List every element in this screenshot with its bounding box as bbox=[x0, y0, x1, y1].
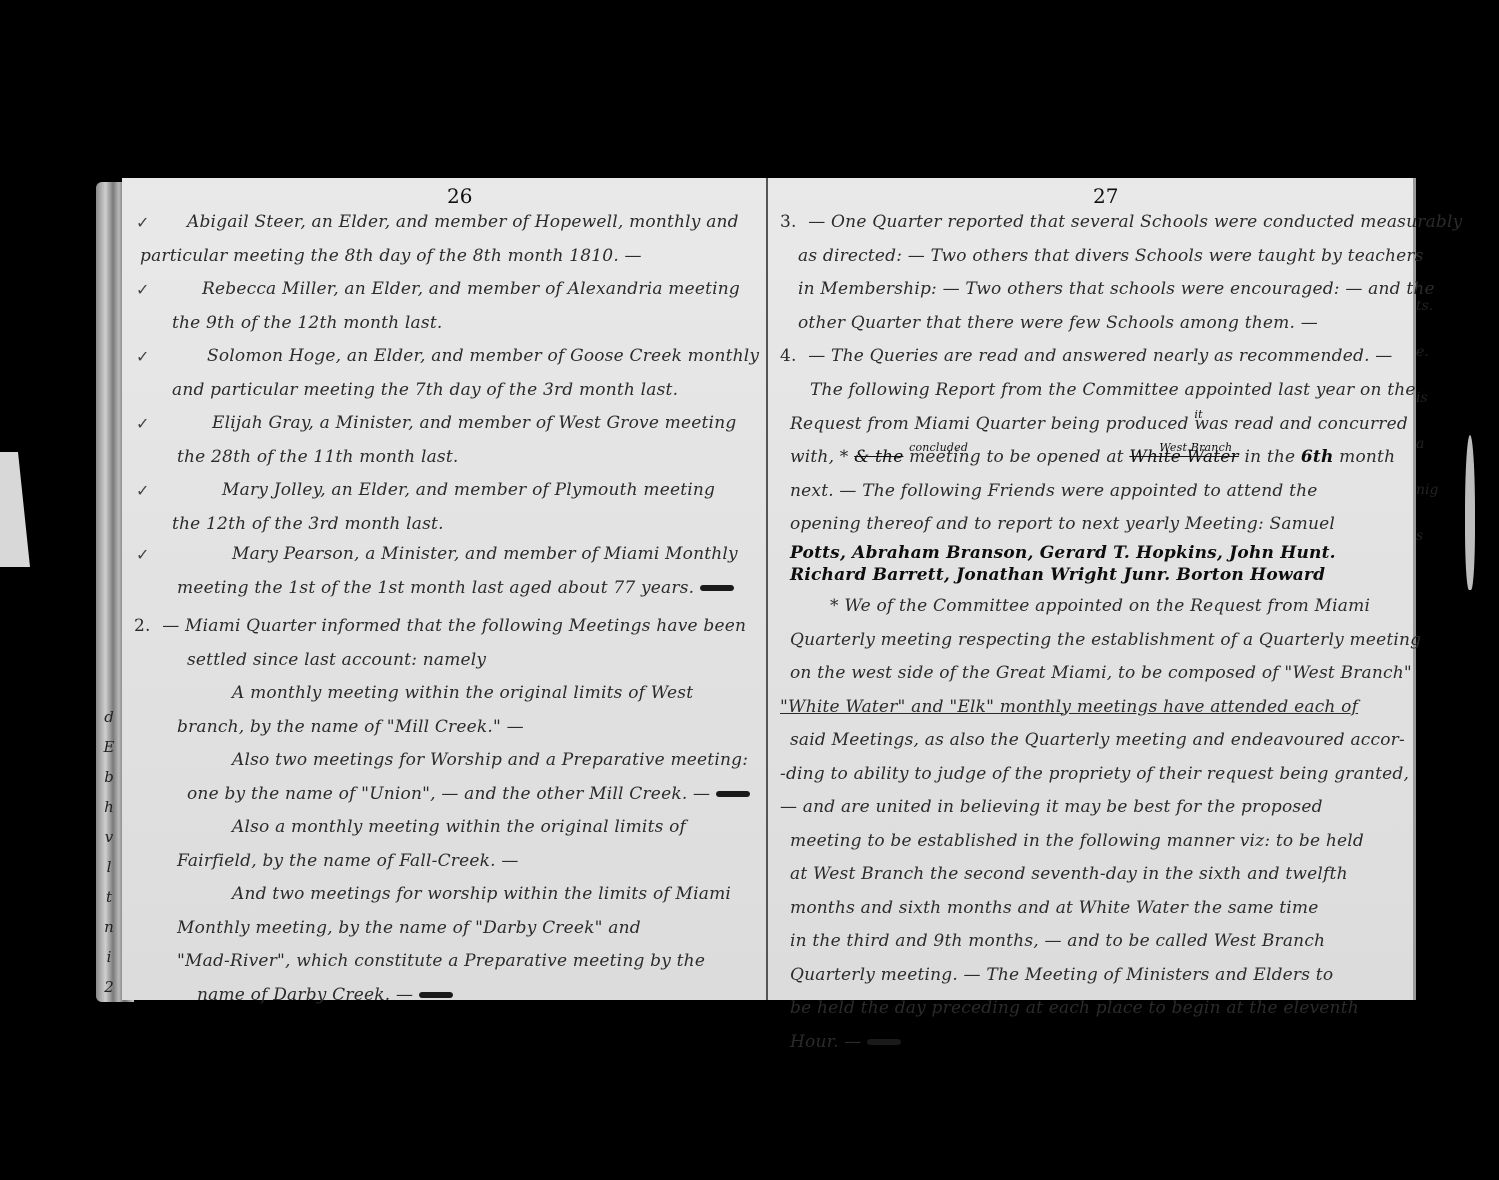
item-line: Also a monthly meeting within the origin… bbox=[122, 811, 762, 845]
page-number: 27 bbox=[1093, 184, 1118, 208]
entry-line: Mary Pearson, a Minister, and member of … bbox=[122, 538, 762, 572]
edge-fragment: s bbox=[1416, 528, 1430, 544]
margin-note: l bbox=[107, 858, 112, 876]
check-mark-icon: ✓ bbox=[136, 273, 150, 307]
entry-line: Abigail Steer, an Elder, and member of H… bbox=[122, 206, 762, 240]
entry-line: meeting the 1st of the 1st month last ag… bbox=[177, 578, 694, 598]
struck-text: & the bbox=[854, 447, 903, 467]
margin-note: v bbox=[105, 828, 113, 846]
obituary-entry: ✓ Solomon Hoge, an Elder, and member of … bbox=[122, 340, 762, 407]
item-line: branch, by the name of "Mill Creek." — bbox=[122, 711, 762, 745]
insertion: concluded bbox=[909, 431, 968, 465]
item-line: Fairfield, by the name of Fall-Creek. — bbox=[122, 845, 762, 879]
right-page: 27 3. — One Quarter reported that severa… bbox=[768, 178, 1416, 1000]
report-line: opening thereof and to report to next ye… bbox=[780, 508, 1410, 542]
report-line: month bbox=[1339, 447, 1395, 467]
report-line: next. — The following Friends were appoi… bbox=[780, 475, 1410, 509]
item-line: Miami Quarter informed that the followin… bbox=[185, 616, 746, 636]
check-mark-icon: ✓ bbox=[136, 407, 150, 441]
margin-note: t bbox=[106, 888, 112, 906]
item-line: in Membership: — Two others that schools… bbox=[780, 273, 1410, 307]
item-line: Also two meetings for Worship and a Prep… bbox=[122, 744, 762, 778]
adjacent-page-fragments: ts. e. is a nig s bbox=[1416, 298, 1430, 598]
report-line: Quarterly meeting respecting the establi… bbox=[780, 624, 1410, 658]
report-line: in the bbox=[1244, 447, 1295, 467]
entry-line: the 12th of the 3rd month last. bbox=[122, 508, 762, 542]
report-line: with, * bbox=[790, 447, 848, 467]
ink-blot bbox=[700, 585, 734, 591]
item-number: 2. bbox=[134, 616, 151, 636]
item-number: 3. bbox=[780, 212, 797, 232]
item-line: one by the name of "Union", — and the ot… bbox=[187, 784, 710, 804]
margin-note: n bbox=[104, 918, 114, 936]
report-line: said Meetings, as also the Quarterly mee… bbox=[780, 724, 1410, 758]
item-line: name of Darby Creek. — bbox=[197, 985, 413, 1005]
ink-blot bbox=[867, 1039, 901, 1045]
report-line: The following Report from the Committee … bbox=[780, 374, 1410, 408]
obituary-entry: ✓ Mary Pearson, a Minister, and member o… bbox=[122, 538, 762, 605]
item-line: Monthly meeting, by the name of "Darby C… bbox=[122, 912, 762, 946]
item-line: "Mad-River", which constitute a Preparat… bbox=[122, 945, 762, 979]
report-line: on the west side of the Great Miami, to … bbox=[780, 657, 1410, 691]
margin-note: i bbox=[107, 948, 112, 966]
report-line: meeting to be established in the followi… bbox=[780, 825, 1410, 859]
margin-note: 2 bbox=[104, 978, 114, 996]
report-line: at West Branch the second seventh-day in… bbox=[780, 858, 1410, 892]
margin-note: b bbox=[104, 768, 114, 786]
check-mark-icon: ✓ bbox=[136, 206, 150, 240]
insertion: it bbox=[1194, 398, 1202, 432]
report-line: We of the Committee appointed on the Req… bbox=[844, 596, 1370, 616]
item-3: 3. — One Quarter reported that several S… bbox=[780, 206, 1410, 340]
committee-report: * We of the Committee appointed on the R… bbox=[780, 590, 1410, 1059]
item-line: The Queries are read and answered nearly… bbox=[831, 346, 1392, 366]
edge-fragment: a bbox=[1416, 436, 1430, 452]
ink-blot bbox=[419, 992, 453, 998]
item-2: 2. — Miami Quarter informed that the fol… bbox=[122, 610, 762, 1012]
entry-line: Mary Jolley, an Elder, and member of Ply… bbox=[122, 474, 762, 508]
obituary-entry: ✓ Elijah Gray, a Minister, and member of… bbox=[122, 407, 762, 474]
appointee-names: Potts, Abraham Branson, Gerard T. Hopkin… bbox=[780, 542, 1410, 564]
paper-scrap bbox=[0, 452, 30, 567]
obituary-entry: ✓ Rebecca Miller, an Elder, and member o… bbox=[122, 273, 762, 340]
report-line: be held the day preceding at each place … bbox=[780, 992, 1410, 1026]
report-line: Hour. — bbox=[790, 1032, 861, 1052]
margin-note: E bbox=[104, 738, 115, 756]
entry-line: the 9th of the 12th month last. bbox=[122, 307, 762, 341]
report-line: Request from Miami Quarter being produce… bbox=[790, 414, 1189, 434]
check-mark-icon: ✓ bbox=[136, 474, 150, 508]
edge-fragment: nig bbox=[1416, 482, 1430, 498]
item-line: settled since last account: namely bbox=[122, 644, 762, 678]
obituary-entry: ✓ Abigail Steer, an Elder, and member of… bbox=[122, 206, 762, 273]
left-page: 26 ✓ Abigail Steer, an Elder, and member… bbox=[122, 178, 768, 1000]
margin-note: h bbox=[104, 798, 114, 816]
paper-sliver bbox=[1465, 435, 1475, 590]
entry-line: and particular meeting the 7th day of th… bbox=[122, 374, 762, 408]
entry-line: Solomon Hoge, an Elder, and member of Go… bbox=[122, 340, 762, 374]
edge-fragment: ts. bbox=[1416, 298, 1430, 314]
page-number: 26 bbox=[447, 184, 472, 208]
entry-line: Elijah Gray, a Minister, and member of W… bbox=[122, 407, 762, 441]
item-line: as directed: — Two others that divers Sc… bbox=[780, 240, 1410, 274]
item-line: other Quarter that there were few School… bbox=[780, 307, 1410, 341]
ink-blot bbox=[716, 791, 750, 797]
report-line: months and sixth months and at White Wat… bbox=[780, 892, 1410, 926]
report-line: — and are united in believing it may be … bbox=[780, 791, 1410, 825]
asterisk-marker: * bbox=[830, 596, 839, 616]
entry-line: Rebecca Miller, an Elder, and member of … bbox=[122, 273, 762, 307]
insertion: 6th bbox=[1301, 447, 1334, 467]
entry-line: the 28th of the 11th month last. bbox=[122, 441, 762, 475]
appointee-names: Richard Barrett, Jonathan Wright Junr. B… bbox=[780, 564, 1410, 586]
edge-fragment: is bbox=[1416, 390, 1430, 406]
open-ledger: d E b h v l t n i 2 26 ✓ Abigail Steer, … bbox=[96, 178, 1426, 1004]
item-number: 4. bbox=[780, 346, 797, 366]
report-line: -ding to ability to judge of the proprie… bbox=[780, 758, 1410, 792]
margin-note: d bbox=[104, 708, 114, 726]
item-4: 4. — The Queries are read and answered n… bbox=[780, 340, 1410, 374]
entry-line: particular meeting the 8th day of the 8t… bbox=[122, 240, 762, 274]
report-line: "White Water" and "Elk" monthly meetings… bbox=[780, 691, 1410, 725]
report-line: in the third and 9th months, — and to be… bbox=[780, 925, 1410, 959]
item-line: And two meetings for worship within the … bbox=[122, 878, 762, 912]
item-line: A monthly meeting within the original li… bbox=[122, 677, 762, 711]
obituary-entry: ✓ Mary Jolley, an Elder, and member of P… bbox=[122, 474, 762, 541]
item-line: One Quarter reported that several School… bbox=[831, 212, 1462, 232]
binding-margin-notes: d E b h v l t n i 2 bbox=[98, 708, 120, 988]
edge-fragment: e. bbox=[1416, 344, 1430, 360]
check-mark-icon: ✓ bbox=[136, 340, 150, 374]
report-line: Quarterly meeting. — The Meeting of Mini… bbox=[780, 959, 1410, 993]
insertion: West Branch bbox=[1159, 431, 1232, 465]
committee-appointment: The following Report from the Committee … bbox=[780, 374, 1410, 586]
check-mark-icon: ✓ bbox=[136, 538, 150, 572]
